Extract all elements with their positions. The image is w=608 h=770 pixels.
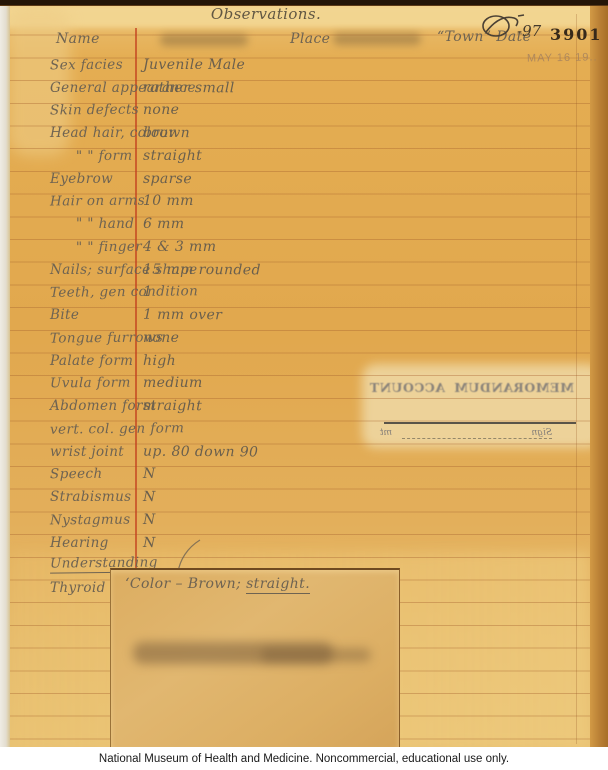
row-speech: SpeechN [0,462,600,485]
row-hair-on-arms: Hair on arms10 mm [0,189,600,212]
page-title: Observations. [186,5,346,23]
row-hair-form: " " formstraight [0,143,600,166]
redacted-signature-2 [261,648,371,662]
screenshot: Observations. Name Place “Town” Date -97… [0,0,608,770]
row-sex-facies: Sex faciesJuvenile Male [0,52,600,75]
row-hair-finger: " " finger4 & 3 mm [0,234,600,257]
row-nails-surface-shape: Nails; surface shape15 mm rounded [0,257,600,280]
row-nystagmus: NystagmusN [0,507,600,530]
document-page: Observations. Name Place “Town” Date -97… [0,0,608,747]
memo-stamp-line [384,422,576,424]
memo-stamp-dashed-line [402,438,552,439]
caption-text: National Museum of Health and Medicine. … [99,753,509,765]
row-teeth-condition: Teeth, gen condition1 [0,280,600,303]
memo-stamp-right-note: Sign [531,428,552,438]
row-general-appearance: General appearancerather small [0,75,600,98]
row-eyebrow: Eyebrowsparse [0,166,600,189]
row-bite: Bite1 mm over [0,302,600,325]
memo-stamp: MEMORANDUM ACCOUNT mt Sign [372,378,580,442]
handwritten-code: -97 [517,22,541,40]
observation-table: Sex faciesJuvenile Male General appearan… [0,52,600,598]
row-head-hair-colour: Head hair, colourbrown [0,120,600,143]
row-tongue-furrows: Tongue furrowsnone [0,325,600,348]
thyroid-note-underlined: straight. [246,576,310,594]
serial-number-stamp: 3901 [550,25,603,44]
thyroid-note: ‘Color – Brown; straight. [125,576,310,592]
memo-stamp-left-note: mt [380,428,392,438]
row-wrist-joint: wrist jointup. 80 down 90 [0,439,600,462]
name-label: Name [56,31,100,47]
row-hair-hand: " " hand6 mm [0,211,600,234]
row-skin-defects: Skin defectsnone [0,98,600,121]
row-palate-form: Palate formhigh [0,348,600,371]
row-hearing: HearingN [0,530,600,553]
memo-stamp-text: MEMORANDUM ACCOUNT [369,380,574,395]
thyroid-note-prefix: ‘Color – Brown; [125,576,246,592]
attached-note-paper: ‘Color – Brown; straight. [110,568,400,747]
place-label: Place [290,31,330,47]
row-strabismus: StrabismusN [0,484,600,507]
redacted-name [160,34,248,46]
caption-bar: National Museum of Health and Medicine. … [0,747,608,770]
redacted-place [333,33,421,45]
